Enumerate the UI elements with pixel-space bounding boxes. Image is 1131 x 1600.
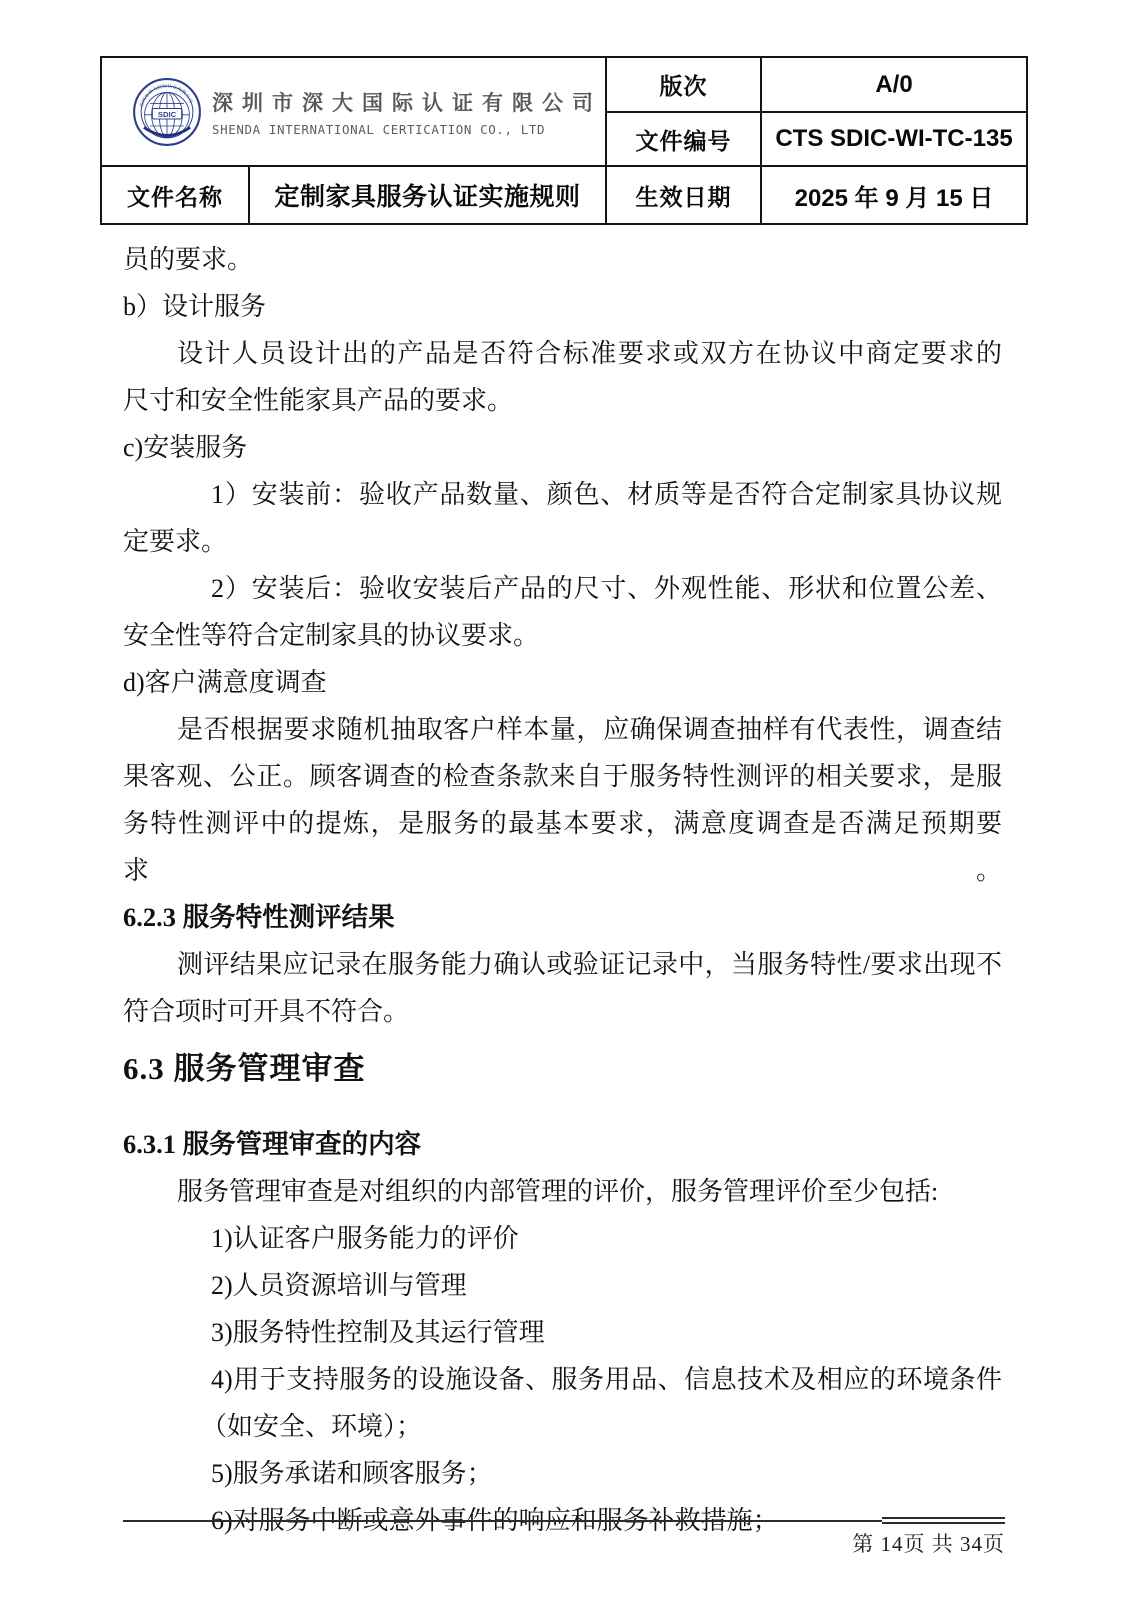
footer-divider-double-segment (882, 1517, 1005, 1524)
page-footer: 第 14页 共 34页 (123, 1517, 1005, 1558)
body-line: 是否根据要求随机抽取客户样本量，应确保调查抽样有代表性，调查结 (177, 706, 1002, 753)
body-line: 员的要求。 (123, 236, 1002, 283)
logo-abbr-text: SDIC (158, 109, 177, 118)
body-line: 服务管理审查是对组织的内部管理的评价，服务管理评价至少包括: (177, 1168, 1002, 1215)
body-line: d)客户满意度调查 (123, 659, 1002, 706)
body-line: b）设计服务 (123, 283, 1002, 330)
effective-date-label: 生效日期 (607, 167, 762, 223)
body-line: 尺寸和安全性能家具产品的要求。 (123, 377, 1002, 424)
doc-name-label: 文件名称 (102, 167, 250, 223)
body-line: 2)人员资源培训与管理 (211, 1262, 1002, 1309)
body-line: 4)用于支持服务的设施设备、服务用品、信息技术及相应的环境条件 (211, 1356, 1002, 1403)
footer-divider-line (123, 1520, 1005, 1522)
body-line: （如安全、环境）； (201, 1403, 1002, 1450)
effective-date-value: 2025 年 9 月 15 日 (762, 167, 1026, 223)
body-line: 务特性测评中的提炼，是服务的最基本要求，满意度调查是否满足预期要求。 (123, 800, 1002, 894)
body-line: 2）安装后：验收安装后产品的尺寸、外观性能、形状和位置公差、 (211, 565, 1002, 612)
subsection-heading: 6.2.3 服务特性测评结果 (123, 894, 1002, 941)
page-number: 第 14页 共 34页 (123, 1528, 1005, 1558)
company-logo-icon: 深圳市深大国际认证有限公司 SDIC (132, 77, 202, 147)
company-name-en: SHENDA INTERNATIONAL CERTICATION CO., LT… (212, 122, 602, 137)
subsection-heading: 6.3.1 服务管理审查的内容 (123, 1121, 1002, 1168)
version-label: 版次 (607, 58, 762, 113)
body-line: 设计人员设计出的产品是否符合标准要求或双方在协议中商定要求的 (177, 330, 1002, 377)
doc-number-value: CTS SDIC-WI-TC-135 (762, 113, 1026, 167)
version-value: A/0 (762, 58, 1026, 113)
body-line: 测评结果应记录在服务能力确认或验证记录中，当服务特性/要求出现不 (177, 941, 1002, 988)
body-line: 1)认证客户服务能力的评价 (211, 1215, 1002, 1262)
document-header-table: 深圳市深大国际认证有限公司 SDIC 深圳市深大国际认证有限公司 SHENDA (100, 56, 1028, 225)
footer-divider (123, 1517, 1005, 1524)
body-line: 果客观、公正。顾客调查的检查条款来自于服务特性测评的相关要求，是服 (123, 753, 1002, 800)
body-line: 定要求。 (123, 518, 1002, 565)
company-name-cn: 深圳市深大国际认证有限公司 (212, 87, 602, 117)
body-line: 3)服务特性控制及其运行管理 (211, 1309, 1002, 1356)
document-page: { "header": { "logo": { "abbr": "SDIC", … (0, 0, 1131, 1600)
section-heading: 6.3 服务管理审查 (123, 1043, 1002, 1095)
body-line: 安全性等符合定制家具的协议要求。 (123, 612, 1002, 659)
company-logo-cell: 深圳市深大国际认证有限公司 SDIC 深圳市深大国际认证有限公司 SHENDA (102, 58, 607, 167)
body-line: 5)服务承诺和顾客服务； (211, 1450, 1002, 1497)
body-line: 1）安装前：验收产品数量、颜色、材质等是否符合定制家具协议规 (211, 471, 1002, 518)
body-line: 符合项时可开具不符合。 (123, 988, 1002, 1035)
body-line: c)安装服务 (123, 424, 1002, 471)
document-body: 员的要求。b）设计服务设计人员设计出的产品是否符合标准要求或双方在协议中商定要求… (123, 236, 1002, 1544)
doc-name-value: 定制家具服务认证实施规则 (250, 167, 607, 223)
company-identity: 深圳市深大国际认证有限公司 SDIC 深圳市深大国际认证有限公司 SHENDA (132, 77, 602, 147)
doc-number-label: 文件编号 (607, 113, 762, 167)
